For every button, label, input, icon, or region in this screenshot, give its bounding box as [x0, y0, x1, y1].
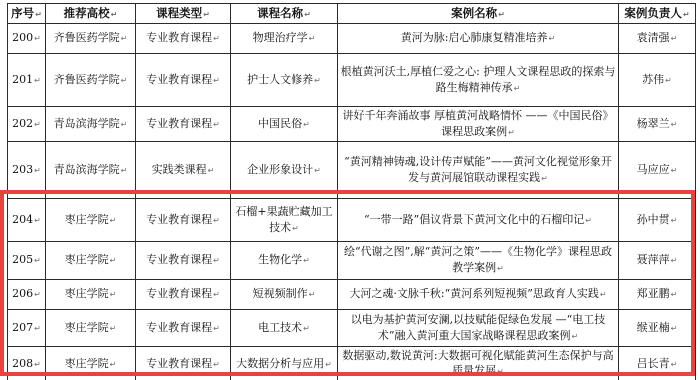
table-row: 206↵ 枣庄学院↵ 专业教育课程↵ 短视频制作↵ 大河之魂·文脉千秋:“黄河系… — [8, 279, 696, 309]
paragraph-mark: ↵ — [213, 216, 220, 225]
paragraph-mark: ↵ — [121, 76, 128, 85]
paragraph-mark: ↵ — [34, 290, 41, 299]
cell-case-lead: 孙中贯↵ — [619, 198, 696, 241]
paragraph-mark: ↵ — [35, 10, 42, 19]
paragraph-mark: ↵ — [497, 367, 504, 376]
column-header-course-type: 课程类型↵ — [136, 4, 231, 24]
paragraph-mark: ↵ — [303, 256, 310, 265]
paragraph-mark: ↵ — [303, 120, 310, 129]
table-row: 205↵ 枣庄学院↵ 专业教育课程↵ 生物化学↵ 绘“代谢之图”,解“黄河之策”… — [8, 241, 696, 279]
paragraph-mark: ↵ — [600, 290, 607, 299]
cell-school: 枣庄学院↵ — [46, 309, 136, 346]
course-name: 石榴+果蔬贮藏加工技术 — [235, 205, 332, 234]
column-header-school: 推荐高校↵ — [46, 4, 136, 24]
paragraph-mark: ↵ — [213, 34, 220, 43]
paragraph-mark: ↵ — [325, 360, 332, 369]
cell-school: 枣庄学院↵ — [46, 279, 136, 309]
case-lead: 袁清强 — [637, 31, 670, 44]
paragraph-mark: ↵ — [314, 76, 321, 85]
row-index: 207 — [12, 321, 33, 334]
course-name: 中国民俗 — [258, 117, 302, 130]
cell-course-name: 短视频制作↵ — [231, 279, 338, 309]
course-name: 护士人文修养 — [247, 73, 313, 86]
school-name: 枣庄学院 — [65, 357, 109, 370]
paragraph-mark: ↵ — [671, 166, 678, 175]
case-lead: 苏伟 — [642, 73, 664, 86]
paragraph-mark: ↵ — [213, 256, 220, 265]
paragraph-mark: ↵ — [110, 360, 117, 369]
cell-course-name: 石榴+果蔬贮藏加工技术↵ — [231, 198, 338, 241]
paragraph-mark: ↵ — [34, 76, 41, 85]
table-row: 208↵ 枣庄学院↵ 专业教育课程↵ 大数据分析与应用↵ 数据驱动,数说黄河:大… — [8, 346, 696, 380]
row-index: 205 — [12, 253, 33, 266]
table-row: 201↵ 齐鲁医药学院↵ 专业教育课程↵ 护士人文修养↵ 根植黄河沃土,厚植仁爱… — [8, 53, 696, 106]
column-header-case-name: 案例名称↵ — [338, 4, 619, 24]
paragraph-mark: ↵ — [497, 264, 504, 273]
paragraph-mark: ↵ — [683, 10, 690, 19]
row-index: 201 — [12, 73, 33, 86]
case-name: 根植黄河沃土,厚植仁爱之心: 护理人文课程思政的探索与路生梅精神传承 — [341, 65, 616, 94]
course-type: 专业教育课程 — [146, 31, 212, 44]
cell-index: 201↵ — [8, 53, 46, 106]
paragraph-mark: ↵ — [541, 174, 548, 183]
cell-course-name: 物理治疗学↵ — [231, 23, 338, 53]
cell-course-type: 专业教育课程↵ — [136, 23, 231, 53]
case-name: 讲好千年奔涌故事 厚植黄河战略情怀 ——《中国民俗》课程思政案例 — [343, 109, 614, 138]
paragraph-mark: ↵ — [292, 224, 299, 233]
paragraph-mark: ↵ — [549, 34, 556, 43]
paragraph-mark: ↵ — [514, 84, 521, 93]
paragraph-mark: ↵ — [671, 120, 678, 129]
paragraph-mark: ↵ — [34, 120, 41, 129]
cell-case-name: 讲好千年奔涌故事 厚植黄河战略情怀 ——《中国民俗》课程思政案例↵ — [338, 106, 619, 141]
paragraph-mark: ↵ — [34, 360, 41, 369]
paragraph-mark: ↵ — [213, 76, 220, 85]
case-name: “一带一路”倡议背景下黄河文化中的石榴印记 — [364, 213, 584, 226]
cell-course-name: 电工技术↵ — [231, 309, 338, 346]
cell-school: 青岛滨海学院↵ — [46, 106, 136, 141]
column-header-label: 推荐高校 — [64, 6, 110, 20]
paragraph-mark: ↵ — [34, 256, 41, 265]
course-type: 专业教育课程 — [146, 321, 212, 334]
cell-case-lead: 缑亚楠↵ — [619, 309, 696, 346]
cell-case-name: 数据驱动,数说黄河:大数据可视化赋能黄河生态保护与高质量发展↵ — [338, 346, 619, 380]
row-index: 200 — [12, 31, 33, 44]
school-name: 枣庄学院 — [65, 213, 109, 226]
course-name: 短视频制作 — [253, 287, 308, 300]
paragraph-mark: ↵ — [571, 332, 578, 341]
course-name: 物理治疗学 — [253, 31, 308, 44]
column-header-label: 课程类型 — [156, 6, 202, 20]
cell-case-name: 以电为基护黄河安澜,以技赋能促绿色发展 —“电工技术”融入黄河重大国家战略课程思… — [338, 309, 619, 346]
cell-case-name: “一带一路”倡议背景下黄河文化中的石榴印记↵ — [338, 198, 619, 241]
row-index: 206 — [12, 287, 33, 300]
course-type: 实践类课程 — [152, 163, 207, 176]
paragraph-mark: ↵ — [671, 256, 678, 265]
cell-case-lead: 吕长青↵ — [619, 346, 696, 380]
paragraph-mark: ↵ — [314, 166, 321, 175]
cell-school: 枣庄学院↵ — [46, 346, 136, 380]
cell-school: 枣庄学院↵ — [46, 198, 136, 241]
paragraph-mark: ↵ — [208, 166, 215, 175]
cell-index: 203↵ — [8, 141, 46, 198]
cell-case-lead: 聂萍萍↵ — [619, 241, 696, 279]
paragraph-mark: ↵ — [34, 34, 41, 43]
paragraph-mark: ↵ — [110, 216, 117, 225]
table-row: 203↵ 青岛滨海学院↵ 实践类课程↵ 企业形象设计↵ “黄河精神铸魂,设计传声… — [8, 141, 696, 198]
school-name: 青岛滨海学院 — [54, 163, 120, 176]
case-name: 黄河为脉:启心肺康复精准培养 — [401, 31, 548, 44]
paragraph-mark: ↵ — [498, 10, 505, 19]
course-name: 大数据分析与应用 — [236, 357, 324, 370]
paragraph-mark: ↵ — [303, 324, 310, 333]
row-index: 204 — [12, 213, 33, 226]
cell-index: 207↵ — [8, 309, 46, 346]
cell-case-lead: 郑亚鹏↵ — [619, 279, 696, 309]
case-lead: 郑亚鹏 — [637, 287, 670, 300]
paragraph-mark: ↵ — [671, 324, 678, 333]
cell-index: 205↵ — [8, 241, 46, 279]
paragraph-mark: ↵ — [110, 324, 117, 333]
paragraph-mark: ↵ — [309, 290, 316, 299]
case-lead: 孙中贯 — [637, 213, 670, 226]
cell-course-name: 企业形象设计↵ — [231, 141, 338, 198]
cases-table: 序号↵ 推荐高校↵ 课程类型↵ 课程名称↵ 案例名称↵ 案例负责人↵ 200↵ … — [7, 3, 696, 380]
course-type: 专业教育课程 — [146, 287, 212, 300]
cell-index: 204↵ — [8, 198, 46, 241]
paragraph-mark: ↵ — [121, 120, 128, 129]
row-index: 202 — [12, 117, 33, 130]
column-header-label: 案例负责人 — [624, 6, 682, 20]
cell-course-type: 专业教育课程↵ — [136, 241, 231, 279]
cell-course-name: 护士人文修养↵ — [231, 53, 338, 106]
cell-course-type: 专业教育课程↵ — [136, 279, 231, 309]
paragraph-mark: ↵ — [671, 216, 678, 225]
case-name: 以电为基护黄河安澜,以技赋能促绿色发展 —“电工技术”融入黄河重大国家战略课程思… — [351, 313, 606, 342]
cell-case-name: 根植黄河沃土,厚植仁爱之心: 护理人文课程思政的探索与路生梅精神传承↵ — [338, 53, 619, 106]
cell-case-name: “黄河精神铸魂,设计传声赋能”——黄河文化视觉形象开发与黄河展馆联动课程实践↵ — [338, 141, 619, 198]
table-row: 200↵ 齐鲁医药学院↵ 专业教育课程↵ 物理治疗学↵ 黄河为脉:启心肺康复精准… — [8, 23, 696, 53]
paragraph-mark: ↵ — [213, 120, 220, 129]
cell-course-type: 专业教育课程↵ — [136, 346, 231, 380]
school-name: 青岛滨海学院 — [54, 117, 120, 130]
school-name: 枣庄学院 — [65, 287, 109, 300]
row-index: 208 — [12, 357, 33, 370]
paragraph-mark: ↵ — [34, 166, 41, 175]
cell-course-type: 专业教育课程↵ — [136, 198, 231, 241]
paragraph-mark: ↵ — [213, 324, 220, 333]
cell-course-type: 专业教育课程↵ — [136, 309, 231, 346]
paragraph-mark: ↵ — [34, 324, 41, 333]
course-name: 电工技术 — [258, 321, 302, 334]
column-header-label: 课程名称 — [257, 6, 303, 20]
cell-school: 枣庄学院↵ — [46, 241, 136, 279]
column-header-course-name: 课程名称↵ — [231, 4, 338, 24]
cell-index: 202↵ — [8, 106, 46, 141]
cell-school: 齐鲁医药学院↵ — [46, 23, 136, 53]
header-row: 序号↵ 推荐高校↵ 课程类型↵ 课程名称↵ 案例名称↵ 案例负责人↵ — [8, 4, 696, 24]
cell-course-type: 专业教育课程↵ — [136, 106, 231, 141]
school-name: 齐鲁医药学院 — [54, 73, 120, 86]
case-lead: 缑亚楠 — [637, 321, 670, 334]
paragraph-mark: ↵ — [585, 216, 592, 225]
column-header-label: 案例名称 — [451, 6, 497, 20]
paragraph-mark: ↵ — [203, 10, 210, 19]
case-name: 数据驱动,数说黄河:大数据可视化赋能黄河生态保护与高质量发展 — [342, 349, 613, 378]
cell-case-lead: 苏伟↵ — [619, 53, 696, 106]
school-name: 枣庄学院 — [65, 321, 109, 334]
cell-index: 200↵ — [8, 23, 46, 53]
paragraph-mark: ↵ — [34, 216, 41, 225]
column-header-case-lead: 案例负责人↵ — [619, 4, 696, 24]
case-lead: 吕长青 — [637, 357, 670, 370]
case-name: 大河之魂·文脉千秋:“黄河系列短视频”思政育人实践 — [349, 287, 598, 300]
cell-course-name: 生物化学↵ — [231, 241, 338, 279]
cell-case-name: 大河之魂·文脉千秋:“黄河系列短视频”思政育人实践↵ — [338, 279, 619, 309]
case-name: “黄河精神铸魂,设计传声赋能”——黄河文化视觉形象开发与黄河展馆联动课程实践 — [344, 155, 612, 184]
paragraph-mark: ↵ — [671, 360, 678, 369]
case-lead: 马应应 — [637, 163, 670, 176]
cell-index: 206↵ — [8, 279, 46, 309]
cell-school: 齐鲁医药学院↵ — [46, 53, 136, 106]
course-type: 专业教育课程 — [146, 117, 212, 130]
cell-course-name: 大数据分析与应用↵ — [231, 346, 338, 380]
course-type: 专业教育课程 — [146, 253, 212, 266]
row-index: 203 — [12, 163, 33, 176]
paragraph-mark: ↵ — [121, 34, 128, 43]
school-name: 齐鲁医药学院 — [54, 31, 120, 44]
table-row: 207↵ 枣庄学院↵ 专业教育课程↵ 电工技术↵ 以电为基护黄河安澜,以技赋能促… — [8, 309, 696, 346]
cell-course-type: 专业教育课程↵ — [136, 53, 231, 106]
case-lead: 杨翠兰 — [637, 117, 670, 130]
paragraph-mark: ↵ — [110, 256, 117, 265]
paragraph-mark: ↵ — [671, 34, 678, 43]
course-type: 专业教育课程 — [146, 73, 212, 86]
cell-case-name: 黄河为脉:启心肺康复精准培养↵ — [338, 23, 619, 53]
cell-course-type: 实践类课程↵ — [136, 141, 231, 198]
paragraph-mark: ↵ — [309, 34, 316, 43]
column-header-index: 序号↵ — [8, 4, 46, 24]
cell-index: 208↵ — [8, 346, 46, 380]
cell-course-name: 中国民俗↵ — [231, 106, 338, 141]
paragraph-mark: ↵ — [304, 10, 311, 19]
paragraph-mark: ↵ — [508, 128, 515, 137]
course-name: 生物化学 — [258, 253, 302, 266]
paragraph-mark: ↵ — [213, 290, 220, 299]
course-type: 专业教育课程 — [146, 357, 212, 370]
table-row: 204↵ 枣庄学院↵ 专业教育课程↵ 石榴+果蔬贮藏加工技术↵ “一带一路”倡议… — [8, 198, 696, 241]
column-header-label: 序号 — [11, 6, 34, 20]
course-type: 专业教育课程 — [146, 213, 212, 226]
case-lead: 聂萍萍 — [637, 253, 670, 266]
paragraph-mark: ↵ — [111, 10, 118, 19]
paragraph-mark: ↵ — [213, 360, 220, 369]
cell-case-lead: 马应应↵ — [619, 141, 696, 198]
paragraph-mark: ↵ — [671, 290, 678, 299]
paragraph-mark: ↵ — [665, 76, 672, 85]
paragraph-mark: ↵ — [121, 166, 128, 175]
cell-case-lead: 杨翠兰↵ — [619, 106, 696, 141]
cell-case-lead: 袁清强↵ — [619, 23, 696, 53]
school-name: 枣庄学院 — [65, 253, 109, 266]
case-name: 绘“代谢之图”,解“黄河之策”——《生物化学》课程思政教学案例 — [344, 245, 612, 274]
cell-case-name: 绘“代谢之图”,解“黄河之策”——《生物化学》课程思政教学案例↵ — [338, 241, 619, 279]
paragraph-mark: ↵ — [110, 290, 117, 299]
course-name: 企业形象设计 — [247, 163, 313, 176]
table-row: 202↵ 青岛滨海学院↵ 专业教育课程↵ 中国民俗↵ 讲好千年奔涌故事 厚植黄河… — [8, 106, 696, 141]
cell-school: 青岛滨海学院↵ — [46, 141, 136, 198]
